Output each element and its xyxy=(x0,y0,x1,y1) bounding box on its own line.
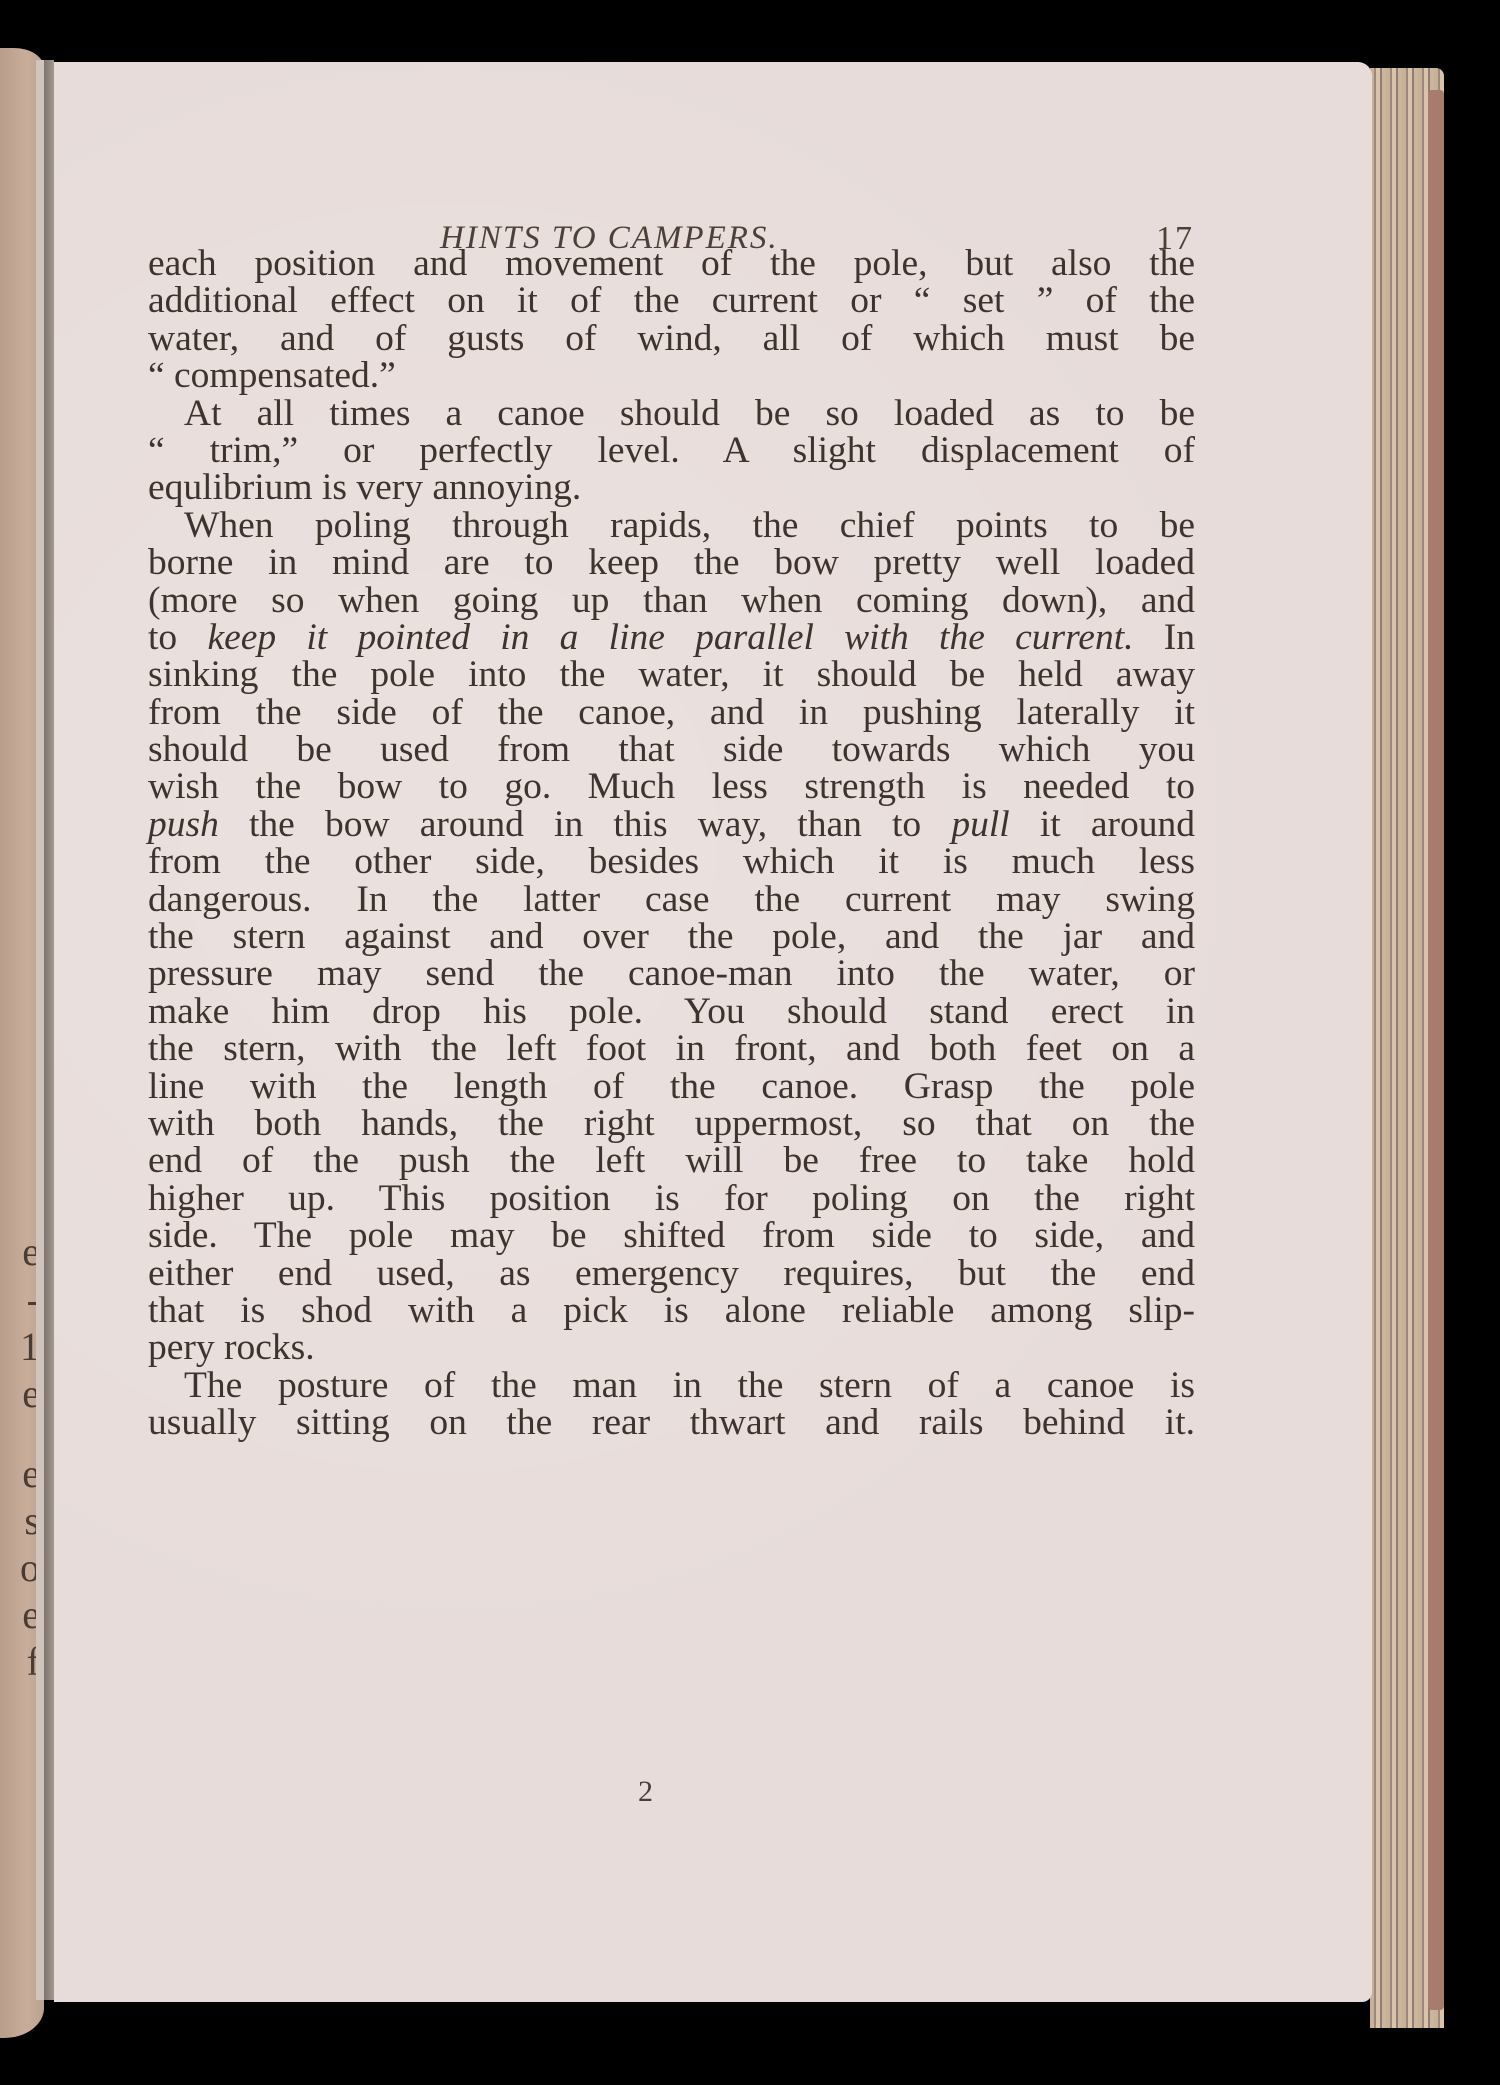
text-line: usually sitting on the rear thwart and r… xyxy=(148,1404,1195,1441)
page-body-text: each position and movement of the pole, … xyxy=(148,245,1195,1442)
text-line: When poling through rapids, the chief po… xyxy=(148,507,1195,544)
text-line: that is shod with a pick is alone reliab… xyxy=(148,1292,1195,1329)
text-line: line with the length of the canoe. Grasp… xyxy=(148,1068,1195,1105)
text-line: from the other side, besides which it is… xyxy=(148,843,1195,880)
text-line: dangerous. In the latter case the curren… xyxy=(148,881,1195,918)
text-line: (more so when going up than when coming … xyxy=(148,582,1195,619)
text-line: either end used, as emergency requires, … xyxy=(148,1255,1195,1292)
facing-page-letter: e xyxy=(0,1370,40,1418)
text-run: the bow around in this way, than to xyxy=(219,804,952,845)
text-line: water, and of gusts of wind, all of whic… xyxy=(148,320,1195,357)
text-line: higher up. This position is for poling o… xyxy=(148,1180,1195,1217)
facing-page-letter: e xyxy=(0,1591,40,1639)
signature-mark: 2 xyxy=(638,1775,653,1809)
gutter-highlight xyxy=(36,60,44,2000)
text-line: push the bow around in this way, than to… xyxy=(148,806,1195,843)
facing-page-letter: o xyxy=(0,1544,40,1592)
text-line: wish the bow to go. Much less strength i… xyxy=(148,768,1195,805)
italic-text: keep it pointed in a line parallel with … xyxy=(207,617,1133,658)
italic-text: pull xyxy=(951,804,1009,845)
text-line: pery rocks. xyxy=(148,1329,1195,1366)
text-line: “ compensated.” xyxy=(148,357,1195,394)
facing-page-letter: e xyxy=(0,1228,40,1276)
facing-page-letter: - xyxy=(0,1276,40,1324)
facing-page-letter: s xyxy=(0,1497,40,1545)
text-line: equlibrium is very annoying. xyxy=(148,469,1195,506)
text-line: additional effect on it of the current o… xyxy=(148,282,1195,319)
book-cover-edge xyxy=(1428,90,1444,2010)
text-run: to xyxy=(148,617,207,658)
text-line: each position and movement of the pole, … xyxy=(148,245,1195,282)
text-line: to keep it pointed in a line parallel wi… xyxy=(148,619,1195,656)
text-line: At all times a canoe should be so loaded… xyxy=(148,395,1195,432)
text-line: sinking the pole into the water, it shou… xyxy=(148,656,1195,693)
text-line: should be used from that side towards wh… xyxy=(148,731,1195,768)
text-line: borne in mind are to keep the bow pretty… xyxy=(148,544,1195,581)
gutter-shadow xyxy=(44,60,54,2000)
text-line: pressure may send the canoe-man into the… xyxy=(148,955,1195,992)
text-line: from the side of the canoe, and in pushi… xyxy=(148,694,1195,731)
text-run: In xyxy=(1134,617,1196,658)
text-line: The posture of the man in the stern of a… xyxy=(148,1367,1195,1404)
text-line: the stern, with the left foot in front, … xyxy=(148,1030,1195,1067)
text-line: make him drop his pole. You should stand… xyxy=(148,993,1195,1030)
text-run: it around xyxy=(1010,804,1195,845)
text-line: “ trim,” or perfectly level. A slight di… xyxy=(148,432,1195,469)
facing-page-letter: f xyxy=(0,1638,40,1686)
facing-page-letter: e xyxy=(0,1450,40,1498)
text-line: end of the push the left will be free to… xyxy=(148,1142,1195,1179)
italic-text: push xyxy=(148,804,219,845)
text-line: the stern against and over the pole, and… xyxy=(148,918,1195,955)
text-line: side. The pole may be shifted from side … xyxy=(148,1217,1195,1254)
facing-page-letter: 1 xyxy=(0,1323,40,1371)
text-line: with both hands, the right uppermost, so… xyxy=(148,1105,1195,1142)
